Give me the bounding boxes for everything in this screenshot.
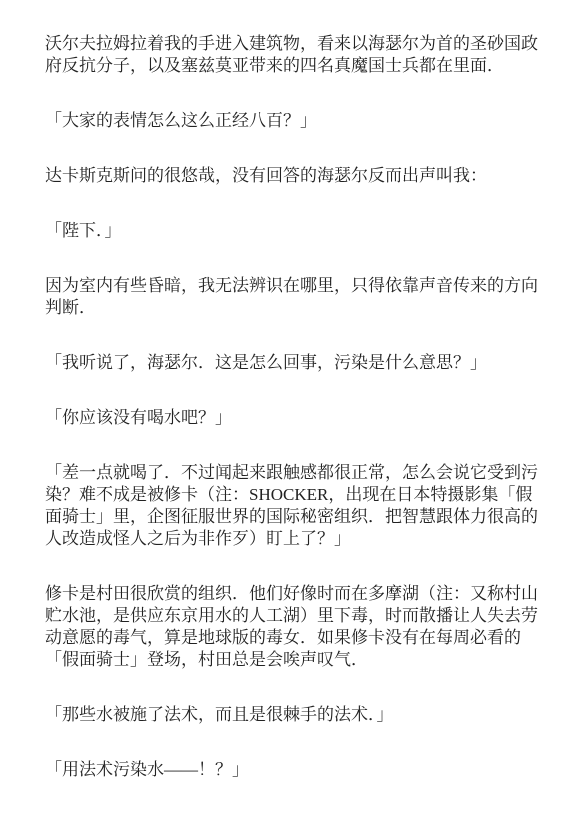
paragraph-dialogue-water-spelled: 「那些水被施了法术，而且是很棘手的法术．」	[45, 704, 543, 726]
novel-text-block: 沃尔夫拉姆拉着我的手进入建筑物，看来以海瑟尔为首的圣砂国政府反抗分子，以及塞兹莫…	[45, 33, 543, 781]
paragraph-dialogue-serious-faces: 「大家的表情怎么这么正经八百？」	[45, 110, 543, 132]
paragraph-narration-dacascos-asks: 达卡斯克斯问的很悠哉，没有回答的海瑟尔反而出声叫我：	[45, 165, 543, 187]
paragraph-narration-dark-room: 因为室内有些昏暗，我无法辨识在哪里，只得依靠声音传来的方向判断．	[45, 275, 543, 319]
paragraph-dialogue-what-is-pollution: 「我听说了，海瑟尔．这是怎么回事，污染是什么意思？」	[45, 352, 543, 374]
document-page: 沃尔夫拉姆拉着我的手进入建筑物，看来以海瑟尔为首的圣砂国政府反抗分子，以及塞兹莫…	[0, 0, 583, 828]
paragraph-narration-shocker-murata: 修卡是村田很欣赏的组织．他们好像时而在多摩湖（注：又称村山贮水池，是供应东京用水…	[45, 583, 543, 671]
paragraph-dialogue-almost-drank-shocker-note: 「差一点就喝了．不过闻起来跟触感都很正常，怎么会说它受到污染？难不成是被修卡（注…	[45, 462, 543, 550]
paragraph-dialogue-your-majesty: 「陛下．」	[45, 220, 543, 242]
paragraph-narration-entering-building: 沃尔夫拉姆拉着我的手进入建筑物，看来以海瑟尔为首的圣砂国政府反抗分子，以及塞兹莫…	[45, 33, 543, 77]
paragraph-dialogue-did-not-drink: 「你应该没有喝水吧？」	[45, 407, 543, 429]
paragraph-dialogue-pollute-with-magic: 「用法术污染水——！？」	[45, 759, 543, 781]
